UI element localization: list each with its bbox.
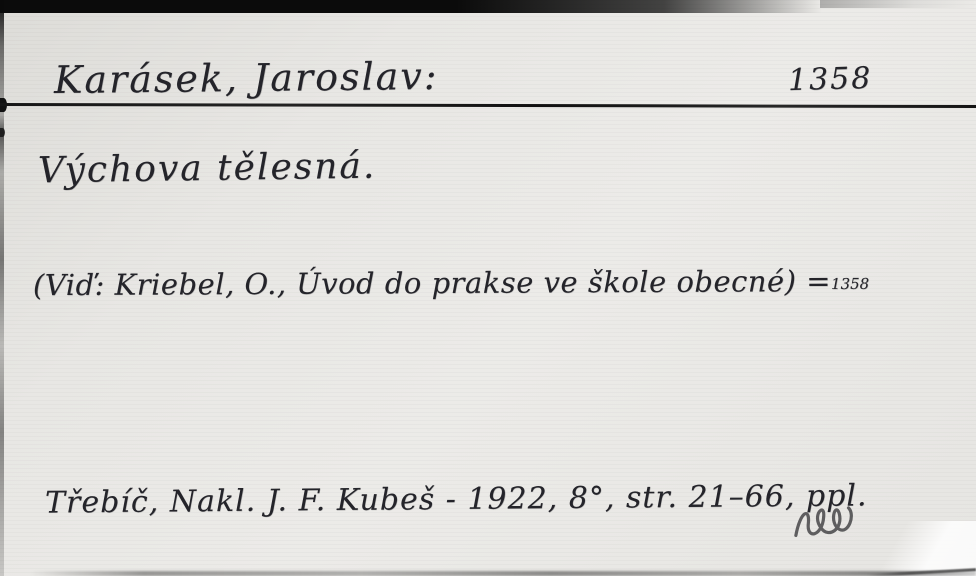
bottom-scan-smudge <box>30 571 976 576</box>
subject-heading: Výchova tělesná. <box>38 146 377 192</box>
catalog-card-scan: Karásek, Jaroslav: 1358 Výchova tělesná.… <box>0 0 976 576</box>
scan-edge-top <box>0 0 830 13</box>
card-corner-highlight <box>826 521 976 576</box>
cross-reference-number: 1358 <box>831 275 869 293</box>
scan-edge-blob <box>0 128 5 137</box>
card-number: 1358 <box>788 61 873 98</box>
scan-edge-left <box>0 0 4 576</box>
imprint-line: Třebíč, Nakl. J. F. Kubeš - 1922, 8°, st… <box>45 478 868 520</box>
scan-edge-top-fade <box>820 0 976 8</box>
cross-reference-text: (Viď: Kriebel, O., Úvod do prakse ve ško… <box>33 264 831 302</box>
ruled-line <box>0 103 976 108</box>
cross-reference-note: (Viď: Kriebel, O., Úvod do prakse ve ško… <box>33 264 869 302</box>
author-heading: Karásek, Jaroslav: <box>54 54 439 102</box>
